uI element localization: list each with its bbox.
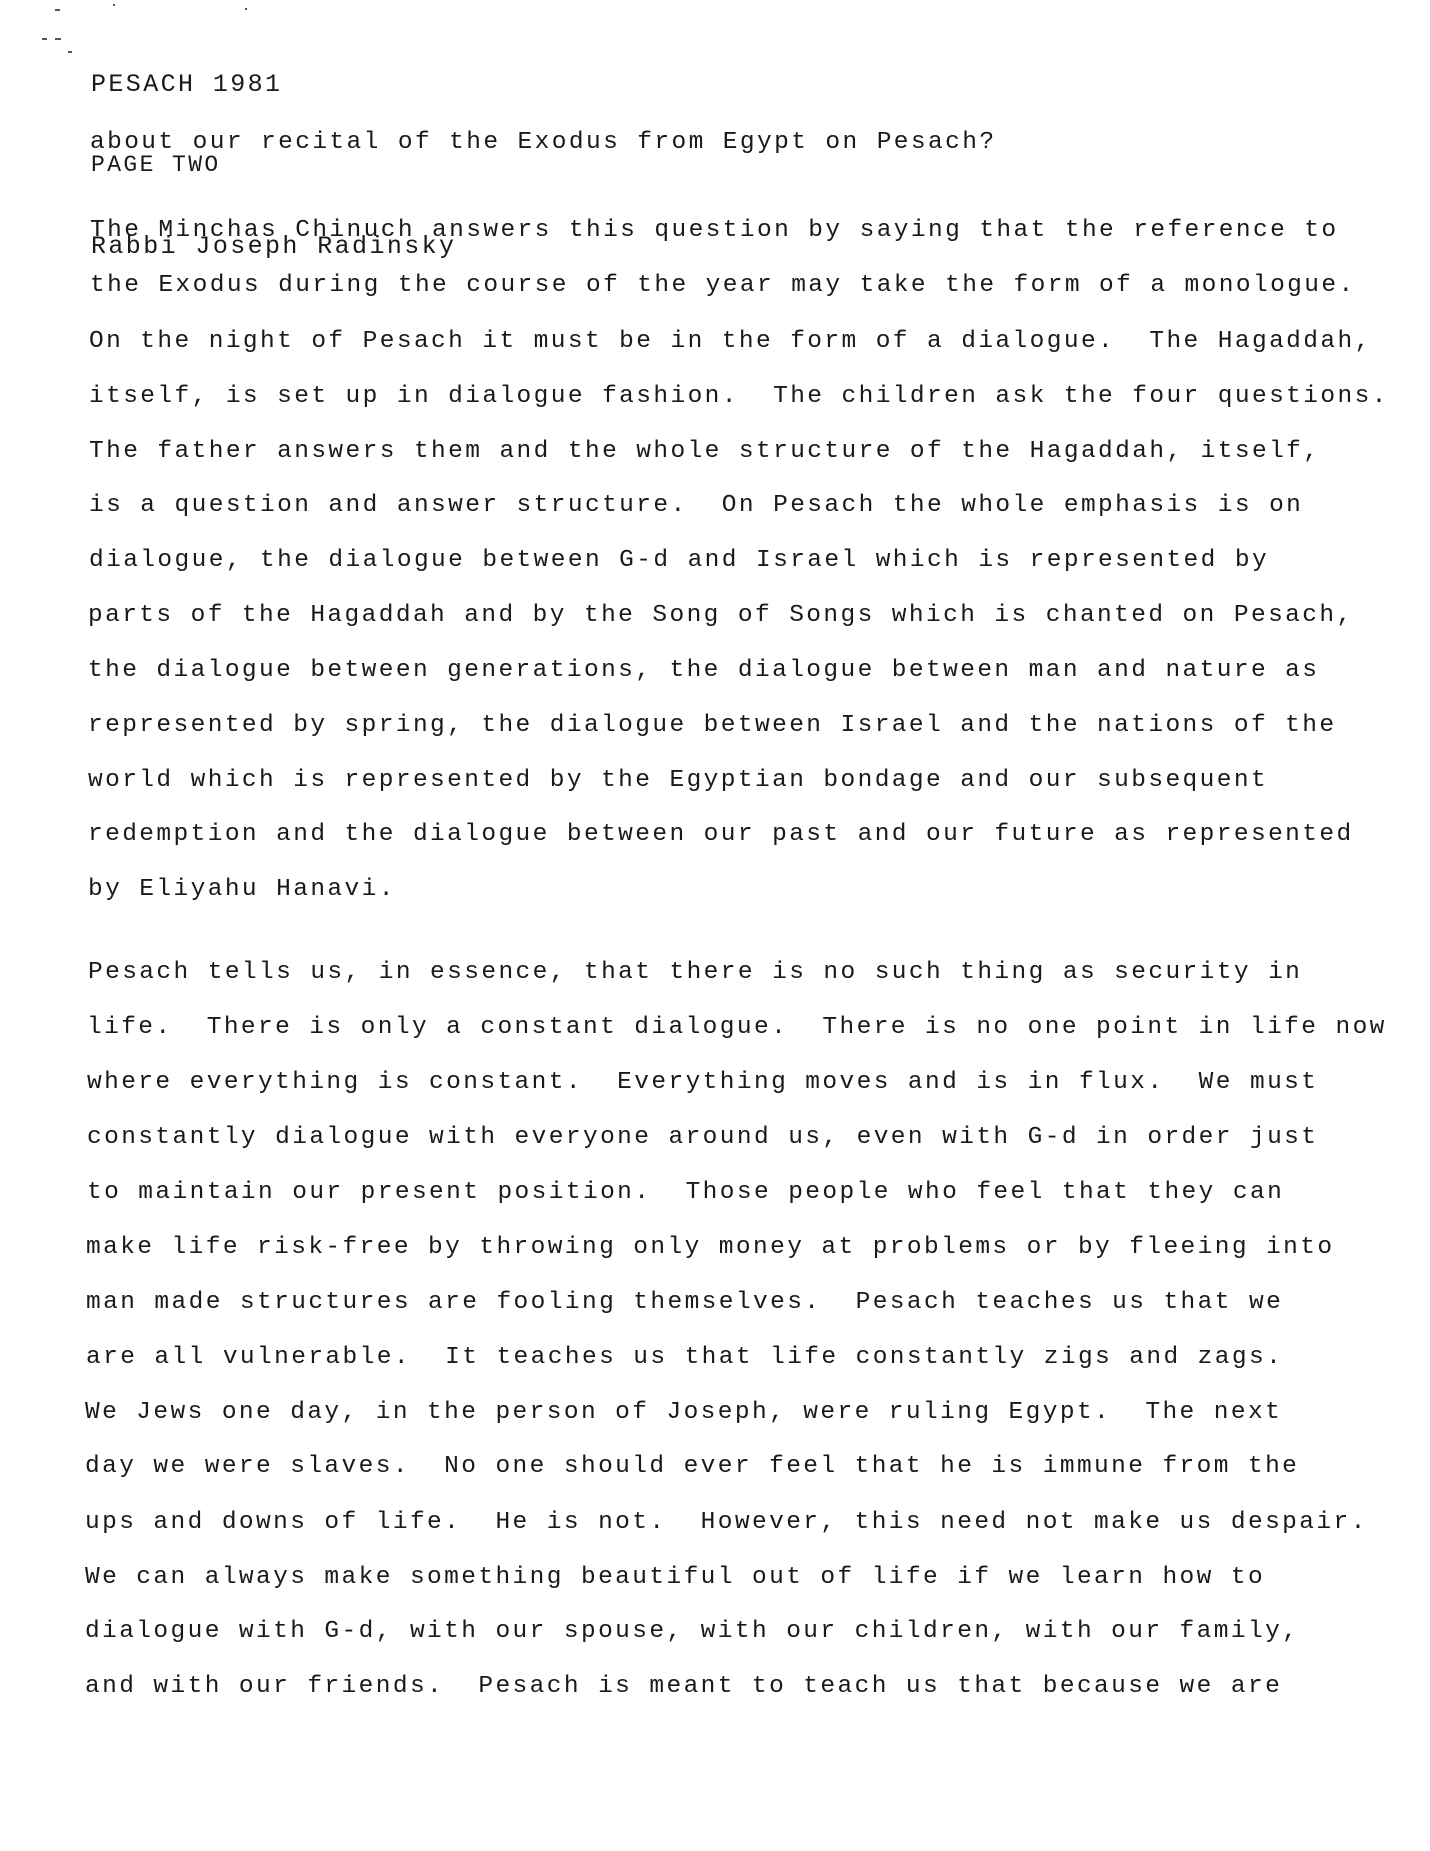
text-line: dialogue with G-d, with our spouse, with…: [85, 1617, 1299, 1647]
text-line: itself, is set up in dialogue fashion. T…: [89, 382, 1389, 412]
text-line: redemption and the dialogue between our …: [88, 820, 1354, 850]
text-line: We Jews one day, in the person of Joseph…: [85, 1398, 1282, 1428]
text-line: is a question and answer structure. On P…: [89, 491, 1303, 521]
document-page: PESACH 1981 PAGE TWO Rabbi Joseph Radins…: [0, 0, 1430, 1851]
text-line: world which is represented by the Egypti…: [88, 766, 1268, 796]
text-line: the dialogue between generations, the di…: [88, 656, 1319, 686]
text-line: We can always make something beautiful o…: [85, 1563, 1265, 1593]
text-line: and with our friends. Pesach is meant to…: [85, 1672, 1282, 1702]
text-line: constantly dialogue with everyone around…: [87, 1123, 1318, 1153]
text-line: represented by spring, the dialogue betw…: [88, 711, 1336, 741]
scan-speck: [42, 38, 47, 40]
text-line: dialogue, the dialogue between G-d and I…: [89, 546, 1269, 576]
scan-speck: [113, 4, 115, 6]
text-line: by Eliyahu Hanavi.: [88, 875, 396, 905]
text-line: to maintain our present position. Those …: [87, 1178, 1284, 1208]
text-line: where everything is constant. Everything…: [87, 1068, 1318, 1098]
text-line: ups and downs of life. He is not. Howeve…: [85, 1508, 1368, 1538]
text-line: On the night of Pesach it must be in the…: [89, 327, 1372, 357]
text-line: man made structures are fooling themselv…: [86, 1288, 1283, 1318]
text-line: Pesach tells us, in essence, that there …: [88, 958, 1302, 988]
text-line: the Exodus during the course of the year…: [90, 271, 1356, 301]
header-title: PESACH 1981: [91, 71, 456, 98]
scan-speck: [55, 38, 61, 40]
text-line: are all vulnerable. It teaches us that l…: [86, 1343, 1283, 1373]
text-line: The Minchas Chinuch answers this questio…: [90, 216, 1338, 246]
text-line: make life risk-free by throwing only mon…: [86, 1233, 1334, 1263]
document-header: PESACH 1981 PAGE TWO Rabbi Joseph Radins…: [91, 17, 456, 314]
scan-speck: [68, 51, 72, 53]
text-line: parts of the Hagaddah and by the Song of…: [88, 601, 1354, 631]
text-line: The father answers them and the whole st…: [89, 437, 1320, 467]
text-line: life. There is only a constant dialogue.…: [87, 1013, 1387, 1043]
scan-speck: [245, 8, 247, 10]
text-line: day we were slaves. No one should ever f…: [85, 1452, 1299, 1482]
scan-speck: [55, 9, 60, 11]
text-line: about our recital of the Exodus from Egy…: [90, 128, 996, 158]
